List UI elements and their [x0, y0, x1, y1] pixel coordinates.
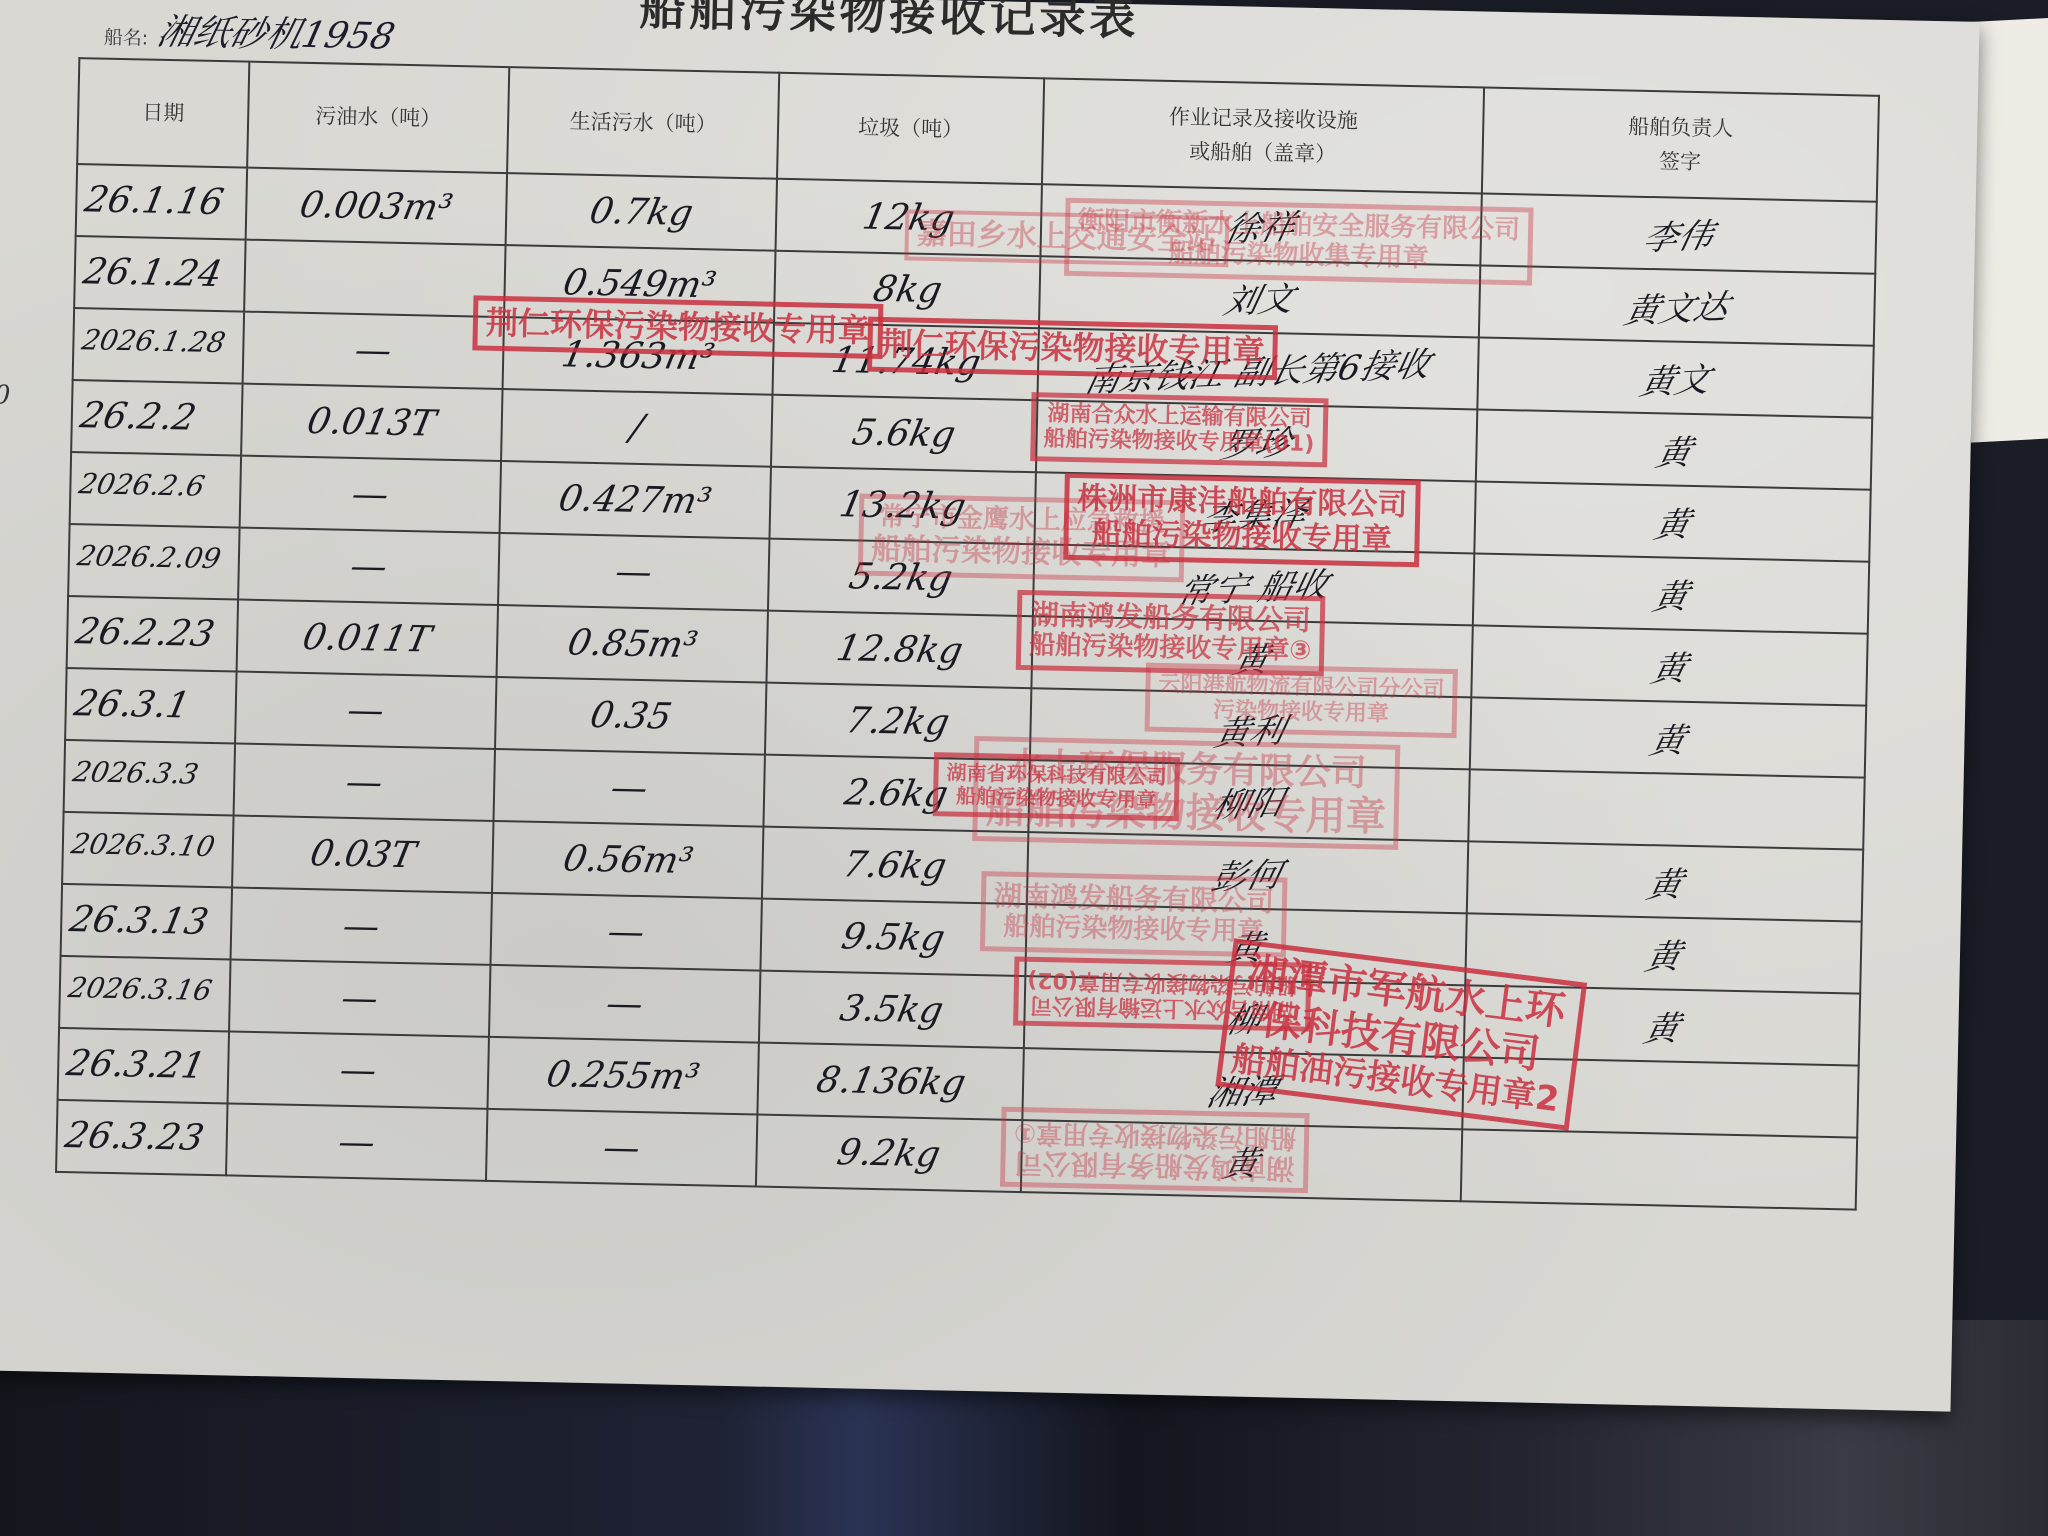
ship-name-value: 湘纸砂机1958 — [153, 4, 400, 60]
cell-sewage: — — [494, 749, 765, 827]
cell-date: 26.1.24 — [74, 236, 245, 312]
cell-signature — [1468, 769, 1864, 849]
cell-signature: 李伟 — [1480, 193, 1876, 273]
cell-record: 常宁 船收 — [1033, 544, 1474, 625]
cell-signature: 黄文达 — [1479, 265, 1875, 345]
header-signer: 船舶负责人 签字 — [1482, 88, 1879, 202]
page-title: 船舶污染物接收记录表 — [639, 0, 1140, 48]
cell-oily-water: — — [235, 672, 496, 749]
cell-sewage: — — [489, 965, 760, 1043]
cell-oily-water: 0.011T — [237, 600, 498, 677]
header-date: 日期 — [77, 58, 249, 168]
cell-date: 2026.3.10 — [62, 812, 233, 888]
cell-sewage: — — [486, 1109, 757, 1187]
cell-garbage: 8.136kg — [757, 1043, 1023, 1121]
cell-record: 黄 — [1021, 1120, 1462, 1201]
cell-sewage: 1.363m³ — [503, 317, 774, 395]
cell-oily-water: — — [229, 959, 490, 1036]
cell-signature: 黄 — [1473, 553, 1869, 633]
cell-sewage: — — [498, 533, 769, 611]
cell-sewage: 0.85m³ — [497, 605, 768, 683]
cell-record: 黄 — [1031, 616, 1472, 697]
cell-garbage: 5.6kg — [771, 395, 1037, 473]
cell-date: 26.3.13 — [61, 884, 232, 960]
cell-garbage: 9.2kg — [756, 1115, 1022, 1193]
cell-signature: 黄 — [1465, 913, 1861, 993]
cell-garbage: 8kg — [774, 251, 1040, 329]
cell-garbage: 7.2kg — [765, 683, 1031, 761]
cell-oily-water: — — [234, 744, 495, 821]
cell-oily-water: 0.013T — [241, 384, 502, 461]
cell-oily-water: — — [243, 312, 504, 389]
cell-date: 2026.1.28 — [73, 308, 244, 384]
cell-sewage: 0.255m³ — [487, 1037, 758, 1115]
cell-garbage: 12.8kg — [766, 611, 1032, 689]
cell-garbage: 3.5kg — [759, 971, 1025, 1049]
cell-record: 黄 — [1025, 904, 1466, 985]
cell-sewage: 0.35 — [495, 677, 766, 755]
cell-oily-water: — — [226, 1103, 487, 1180]
ship-name-label: 船名: — [104, 23, 149, 51]
cell-oily-water: 0.03T — [232, 815, 493, 892]
cell-signature: 黄文 — [1477, 337, 1873, 417]
cell-garbage: 11.74kg — [772, 323, 1038, 401]
cell-oily-water — [244, 240, 505, 317]
margin-note: 50 — [0, 380, 11, 411]
cell-oily-water: 0.003m³ — [246, 168, 507, 245]
cell-sewage: 0.7kg — [506, 173, 777, 251]
cell-record: 南京钱江 副长第6接收 — [1037, 328, 1478, 409]
cell-date: 26.1.16 — [76, 164, 247, 240]
cell-record: 刘文 — [1039, 256, 1480, 337]
cell-sewage: 0.549m³ — [504, 245, 775, 323]
cell-record: 罗珍 — [1036, 400, 1477, 481]
cell-oily-water: — — [238, 528, 499, 605]
cell-garbage: 12kg — [776, 179, 1042, 257]
cell-record: 柳 — [1024, 976, 1465, 1057]
cell-signature — [1462, 1057, 1858, 1137]
cell-sewage: 0.56m³ — [492, 821, 763, 899]
cell-record: 李集泽 — [1034, 472, 1475, 553]
cell-oily-water: — — [240, 456, 501, 533]
cell-date: 26.3.1 — [65, 668, 236, 744]
header-record: 作业记录及接收设施 或船舶（盖章） — [1042, 78, 1484, 193]
cell-date: 26.2.2 — [71, 380, 242, 456]
cell-date: 2026.3.3 — [64, 740, 235, 816]
cell-signature: 黄 — [1471, 625, 1867, 705]
cell-signature: 黄 — [1470, 697, 1866, 777]
pollutant-record-table: 日期 污油水（吨） 生活污水（吨） 垃圾（吨） 作业记录及接收设施 或船舶（盖章… — [55, 57, 1880, 1210]
header-signer-line2: 签字 — [1483, 141, 1877, 183]
cell-date: 26.3.21 — [58, 1028, 229, 1104]
cell-date: 2026.3.16 — [59, 956, 230, 1032]
cell-signature: 黄 — [1474, 481, 1870, 561]
cell-record: 彭何 — [1027, 832, 1468, 913]
cell-date: 26.2.23 — [67, 596, 238, 672]
cell-garbage: 5.2kg — [768, 539, 1034, 617]
cell-oily-water: — — [228, 1031, 489, 1108]
cell-sewage: / — [501, 389, 772, 467]
cell-date: 2026.2.6 — [70, 452, 241, 528]
cell-record: 徐祥 — [1040, 184, 1481, 265]
cell-signature: 黄 — [1476, 409, 1872, 489]
cell-signature: 黄 — [1467, 841, 1863, 921]
cell-record: 湘潭 — [1022, 1048, 1463, 1129]
cell-sewage: — — [490, 893, 761, 971]
cell-garbage: 9.5kg — [760, 899, 1026, 977]
cell-oily-water: — — [231, 887, 492, 964]
cell-garbage: 2.6kg — [763, 755, 1029, 833]
header-oily-water: 污油水（吨） — [247, 62, 509, 173]
header-garbage: 垃圾（吨） — [777, 73, 1044, 185]
cell-record: 柳阳 — [1028, 760, 1469, 841]
cell-garbage: 7.6kg — [762, 827, 1028, 905]
cell-record: 黄利 — [1030, 688, 1471, 769]
cell-signature: 黄 — [1464, 985, 1860, 1065]
cell-sewage: 0.427m³ — [500, 461, 771, 539]
cell-signature — [1461, 1129, 1857, 1209]
record-sheet: 船舶污染物接收记录表 50 船名: 湘纸砂机1958 日期 污油水（吨） 生活污… — [0, 0, 1980, 1412]
cell-date: 26.3.23 — [56, 1100, 227, 1176]
header-sewage: 生活污水（吨） — [507, 67, 779, 179]
cell-garbage: 13.2kg — [769, 467, 1035, 545]
cell-date: 2026.2.09 — [68, 524, 239, 600]
